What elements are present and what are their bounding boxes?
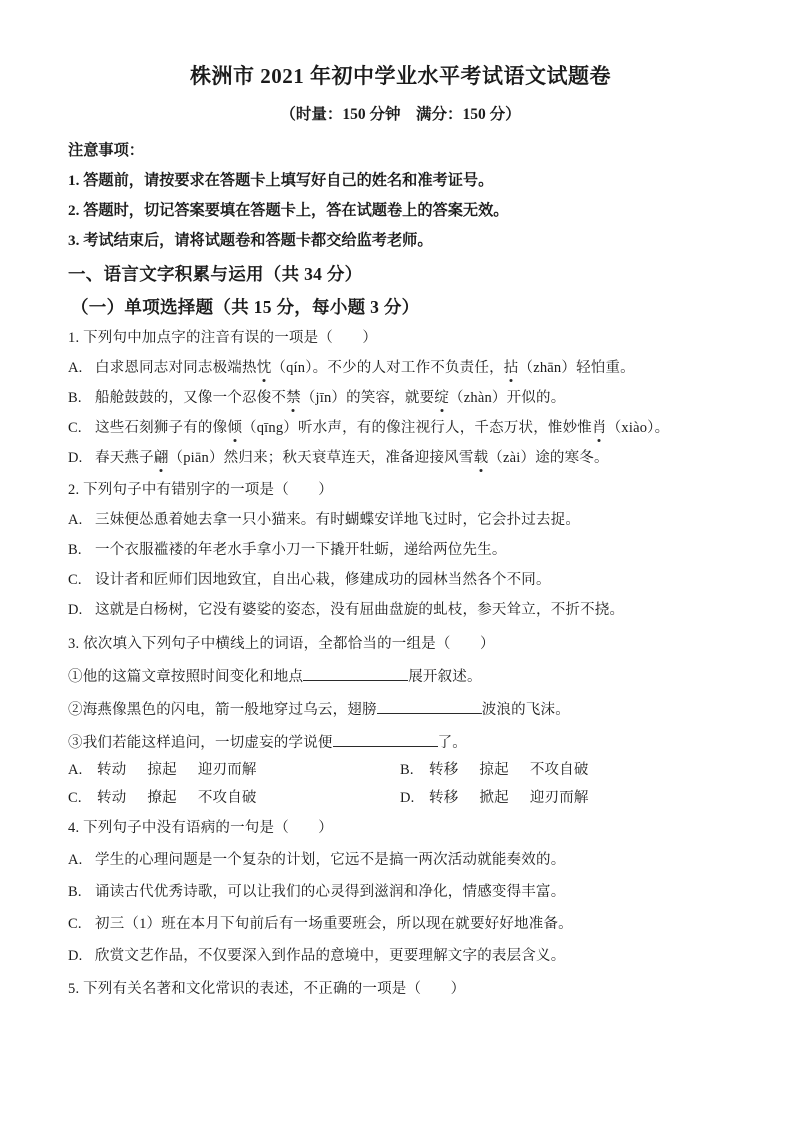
q3-sentence-2: ②海燕像黑色的闪电，箭一般地穿过乌云，翅膀波浪的飞沫。 (68, 698, 733, 721)
q3-choice-d: D.转移掀起迎刃而解 (400, 788, 610, 809)
blank-line (303, 665, 408, 681)
text-segment: 了。 (438, 735, 467, 751)
choice-word: 转动 (97, 760, 126, 781)
q2-option-c: C.设计者和匠师们因地致宜，自出心栽，修建成功的园林当然各个不同。 (68, 570, 733, 591)
q3-choice-c: C.转动撩起不攻自破 (68, 788, 400, 809)
q2-option-a: A.三妹便怂恿着她去拿一只小猫来。有时蝴蝶安详地飞过时，它会扑过去捉。 (68, 510, 733, 531)
option-label: A. (68, 760, 97, 781)
notices-heading: 注意事项： (68, 140, 733, 161)
blank-line (333, 731, 438, 747)
q2-stem: 2. 下列句子中有错别字的一项是（ ） (68, 480, 733, 501)
text-segment: （jīn）的笑容，就要 (301, 390, 435, 406)
option-text: 诵读古代优秀诗歌，可以让我们的心灵得到滋润和净化，情感变得丰富。 (95, 884, 565, 900)
q3-sentence-1: ①他的这篇文章按照时间变化和地点展开叙述。 (68, 665, 733, 688)
page-title: 株洲市 2021 年初中学业水平考试语文试题卷 (68, 62, 733, 90)
dotted-char: 拈 (504, 358, 519, 379)
option-label: A. (68, 510, 95, 531)
text-segment: 展开叙述。 (408, 669, 482, 685)
dotted-char: 肖 (592, 418, 607, 439)
notice-item-1: 1. 答题前，请按要求在答题卡上填写好自己的姓名和准考证号。 (68, 170, 733, 191)
dotted-char: 禁 (286, 388, 301, 409)
q3-choice-a: A.转动掠起迎刃而解 (68, 760, 400, 781)
choice-word: 转移 (429, 760, 458, 781)
q3-choice-b: B.转移掠起不攻自破 (400, 760, 610, 781)
option-label: B. (68, 882, 95, 903)
q4-option-d: D.欣赏文艺作品，不仅要深入到作品的意境中，更要理解文字的表层含义。 (68, 946, 733, 967)
choice-word: 撩起 (147, 788, 176, 809)
option-text: 学生的心理问题是一个复杂的计划，它远不是搞一两次活动就能奏效的。 (95, 852, 565, 868)
option-text: 设计者和匠师们因地致宜，自出心栽，修建成功的园林当然各个不同。 (95, 572, 551, 588)
text-segment: 春天燕子 (95, 450, 154, 466)
q1-option-b: B.船舱鼓鼓的，又像一个忍俊不禁（jīn）的笑容，就要绽（zhàn）开似的。 (68, 388, 733, 409)
text-segment: （zhān）轻怕重。 (519, 360, 635, 376)
choice-word: 不攻自破 (198, 788, 257, 809)
option-label: B. (68, 540, 95, 561)
option-label: C. (68, 914, 95, 935)
q3-sentence-3: ③我们若能这样追问，一切虚妄的学说便了。 (68, 731, 733, 754)
q4-stem: 4. 下列句子中没有语病的一句是（ ） (68, 818, 733, 839)
q1-option-a: A.白求恩同志对同志极端热忱（qín）。不少的人对工作不负责任，拈（zhān）轻… (68, 358, 733, 379)
option-label: C. (68, 788, 97, 809)
text-segment: 船舱鼓鼓的，又像一个忍俊不 (95, 390, 286, 406)
q3-choice-row-2: C.转动撩起不攻自破 D.转移掀起迎刃而解 (68, 788, 733, 809)
text-segment: ③我们若能这样追问，一切虚妄的学说便 (68, 735, 333, 751)
text-segment: （piān）然归来；秋天衰草连天，准备迎接风雪 (169, 450, 474, 466)
q1-option-c: C.这些石刻狮子有的像倾（qīng）听水声，有的像注视行人，千态万状，惟妙惟肖（… (68, 418, 733, 439)
text-segment: 这些石刻狮子有的像 (95, 420, 227, 436)
option-label: D. (68, 946, 95, 967)
text-segment: ②海燕像黑色的闪电，箭一般地穿过乌云，翅膀 (68, 702, 377, 718)
dotted-char: 载 (474, 448, 489, 469)
q1-stem: 1. 下列句中加点字的注音有误的一项是（ ） (68, 328, 733, 349)
choice-word: 迎刃而解 (530, 788, 589, 809)
choice-word: 掠起 (147, 760, 176, 781)
option-label: A. (68, 850, 95, 871)
option-label: B. (400, 760, 429, 781)
choice-word: 迎刃而解 (198, 760, 257, 781)
q3-stem: 3. 依次填入下列句子中横线上的词语，全都恰当的一组是（ ） (68, 634, 733, 655)
q4-option-a: A.学生的心理问题是一个复杂的计划，它远不是搞一两次活动就能奏效的。 (68, 850, 733, 871)
dotted-char: 绽 (434, 388, 449, 409)
option-label: D. (400, 788, 429, 809)
text-segment: （qín）。不少的人对工作不负责任， (271, 360, 503, 376)
q1-option-d: D.春天燕子翩（piān）然归来；秋天衰草连天，准备迎接风雪载（zài）途的寒冬… (68, 448, 733, 469)
text-segment: 波浪的飞沫。 (482, 702, 570, 718)
choice-word: 不攻自破 (530, 760, 589, 781)
exam-paper: 株洲市 2021 年初中学业水平考试语文试题卷 （时量：150 分钟 满分：15… (0, 0, 793, 1000)
option-label: B. (68, 388, 95, 409)
section-subheading: （一）单项选择题（共 15 分，每小题 3 分） (68, 295, 733, 319)
option-label: D. (68, 600, 95, 621)
text-segment: （zài）途的寒冬。 (488, 450, 608, 466)
q2-option-b: B.一个衣服褴褛的年老水手拿小刀一下撬开牡蛎，递给两位先生。 (68, 540, 733, 561)
option-text: 一个衣服褴褛的年老水手拿小刀一下撬开牡蛎，递给两位先生。 (95, 542, 507, 558)
option-text: 初三（1）班在本月下旬前后有一场重要班会，所以现在就要好好地准备。 (95, 916, 573, 932)
q4-option-b: B.诵读古代优秀诗歌，可以让我们的心灵得到滋润和净化，情感变得丰富。 (68, 882, 733, 903)
q5-stem: 5. 下列有关名著和文化常识的表述，不正确的一项是（ ） (68, 979, 733, 1000)
section-heading: 一、语言文字积累与运用（共 34 分） (68, 262, 733, 286)
dotted-char: 翩 (154, 448, 169, 469)
choice-word: 转动 (97, 788, 126, 809)
exam-time-score: （时量：150 分钟 满分：150 分） (68, 104, 733, 126)
q2-option-d: D.这就是白杨树，它没有婆娑的姿态，没有屈曲盘旋的虬枝，参天耸立，不折不挠。 (68, 600, 733, 621)
notice-item-3: 3. 考试结束后，请将试题卷和答题卡都交给监考老师。 (68, 230, 733, 251)
text-segment: 白求恩同志对同志极端热 (95, 360, 257, 376)
dotted-char: 倾 (227, 418, 242, 439)
text-segment: （xiào）。 (607, 420, 670, 436)
text-segment: ①他的这篇文章按照时间变化和地点 (68, 669, 303, 685)
choice-word: 掀起 (479, 788, 508, 809)
option-label: A. (68, 358, 95, 379)
choice-word: 转移 (429, 788, 458, 809)
option-label: C. (68, 570, 95, 591)
text-segment: （zhàn）开似的。 (449, 390, 565, 406)
q3-choice-row-1: A.转动掠起迎刃而解 B.转移掠起不攻自破 (68, 760, 733, 781)
notice-item-2: 2. 答题时，切记答案要填在答题卡上，答在试题卷上的答案无效。 (68, 200, 733, 221)
choice-word: 掠起 (479, 760, 508, 781)
option-label: D. (68, 448, 95, 469)
dotted-char: 忱 (257, 358, 272, 379)
blank-line (377, 698, 482, 714)
q4-option-c: C.初三（1）班在本月下旬前后有一场重要班会，所以现在就要好好地准备。 (68, 914, 733, 935)
option-text: 欣赏文艺作品，不仅要深入到作品的意境中，更要理解文字的表层含义。 (95, 948, 565, 964)
option-text: 三妹便怂恿着她去拿一只小猫来。有时蝴蝶安详地飞过时，它会扑过去捉。 (95, 512, 580, 528)
text-segment: （qīng）听水声，有的像注视行人，千态万状，惟妙惟 (242, 420, 592, 436)
option-label: C. (68, 418, 95, 439)
option-text: 这就是白杨树，它没有婆娑的姿态，没有屈曲盘旋的虬枝，参天耸立，不折不挠。 (95, 602, 624, 618)
